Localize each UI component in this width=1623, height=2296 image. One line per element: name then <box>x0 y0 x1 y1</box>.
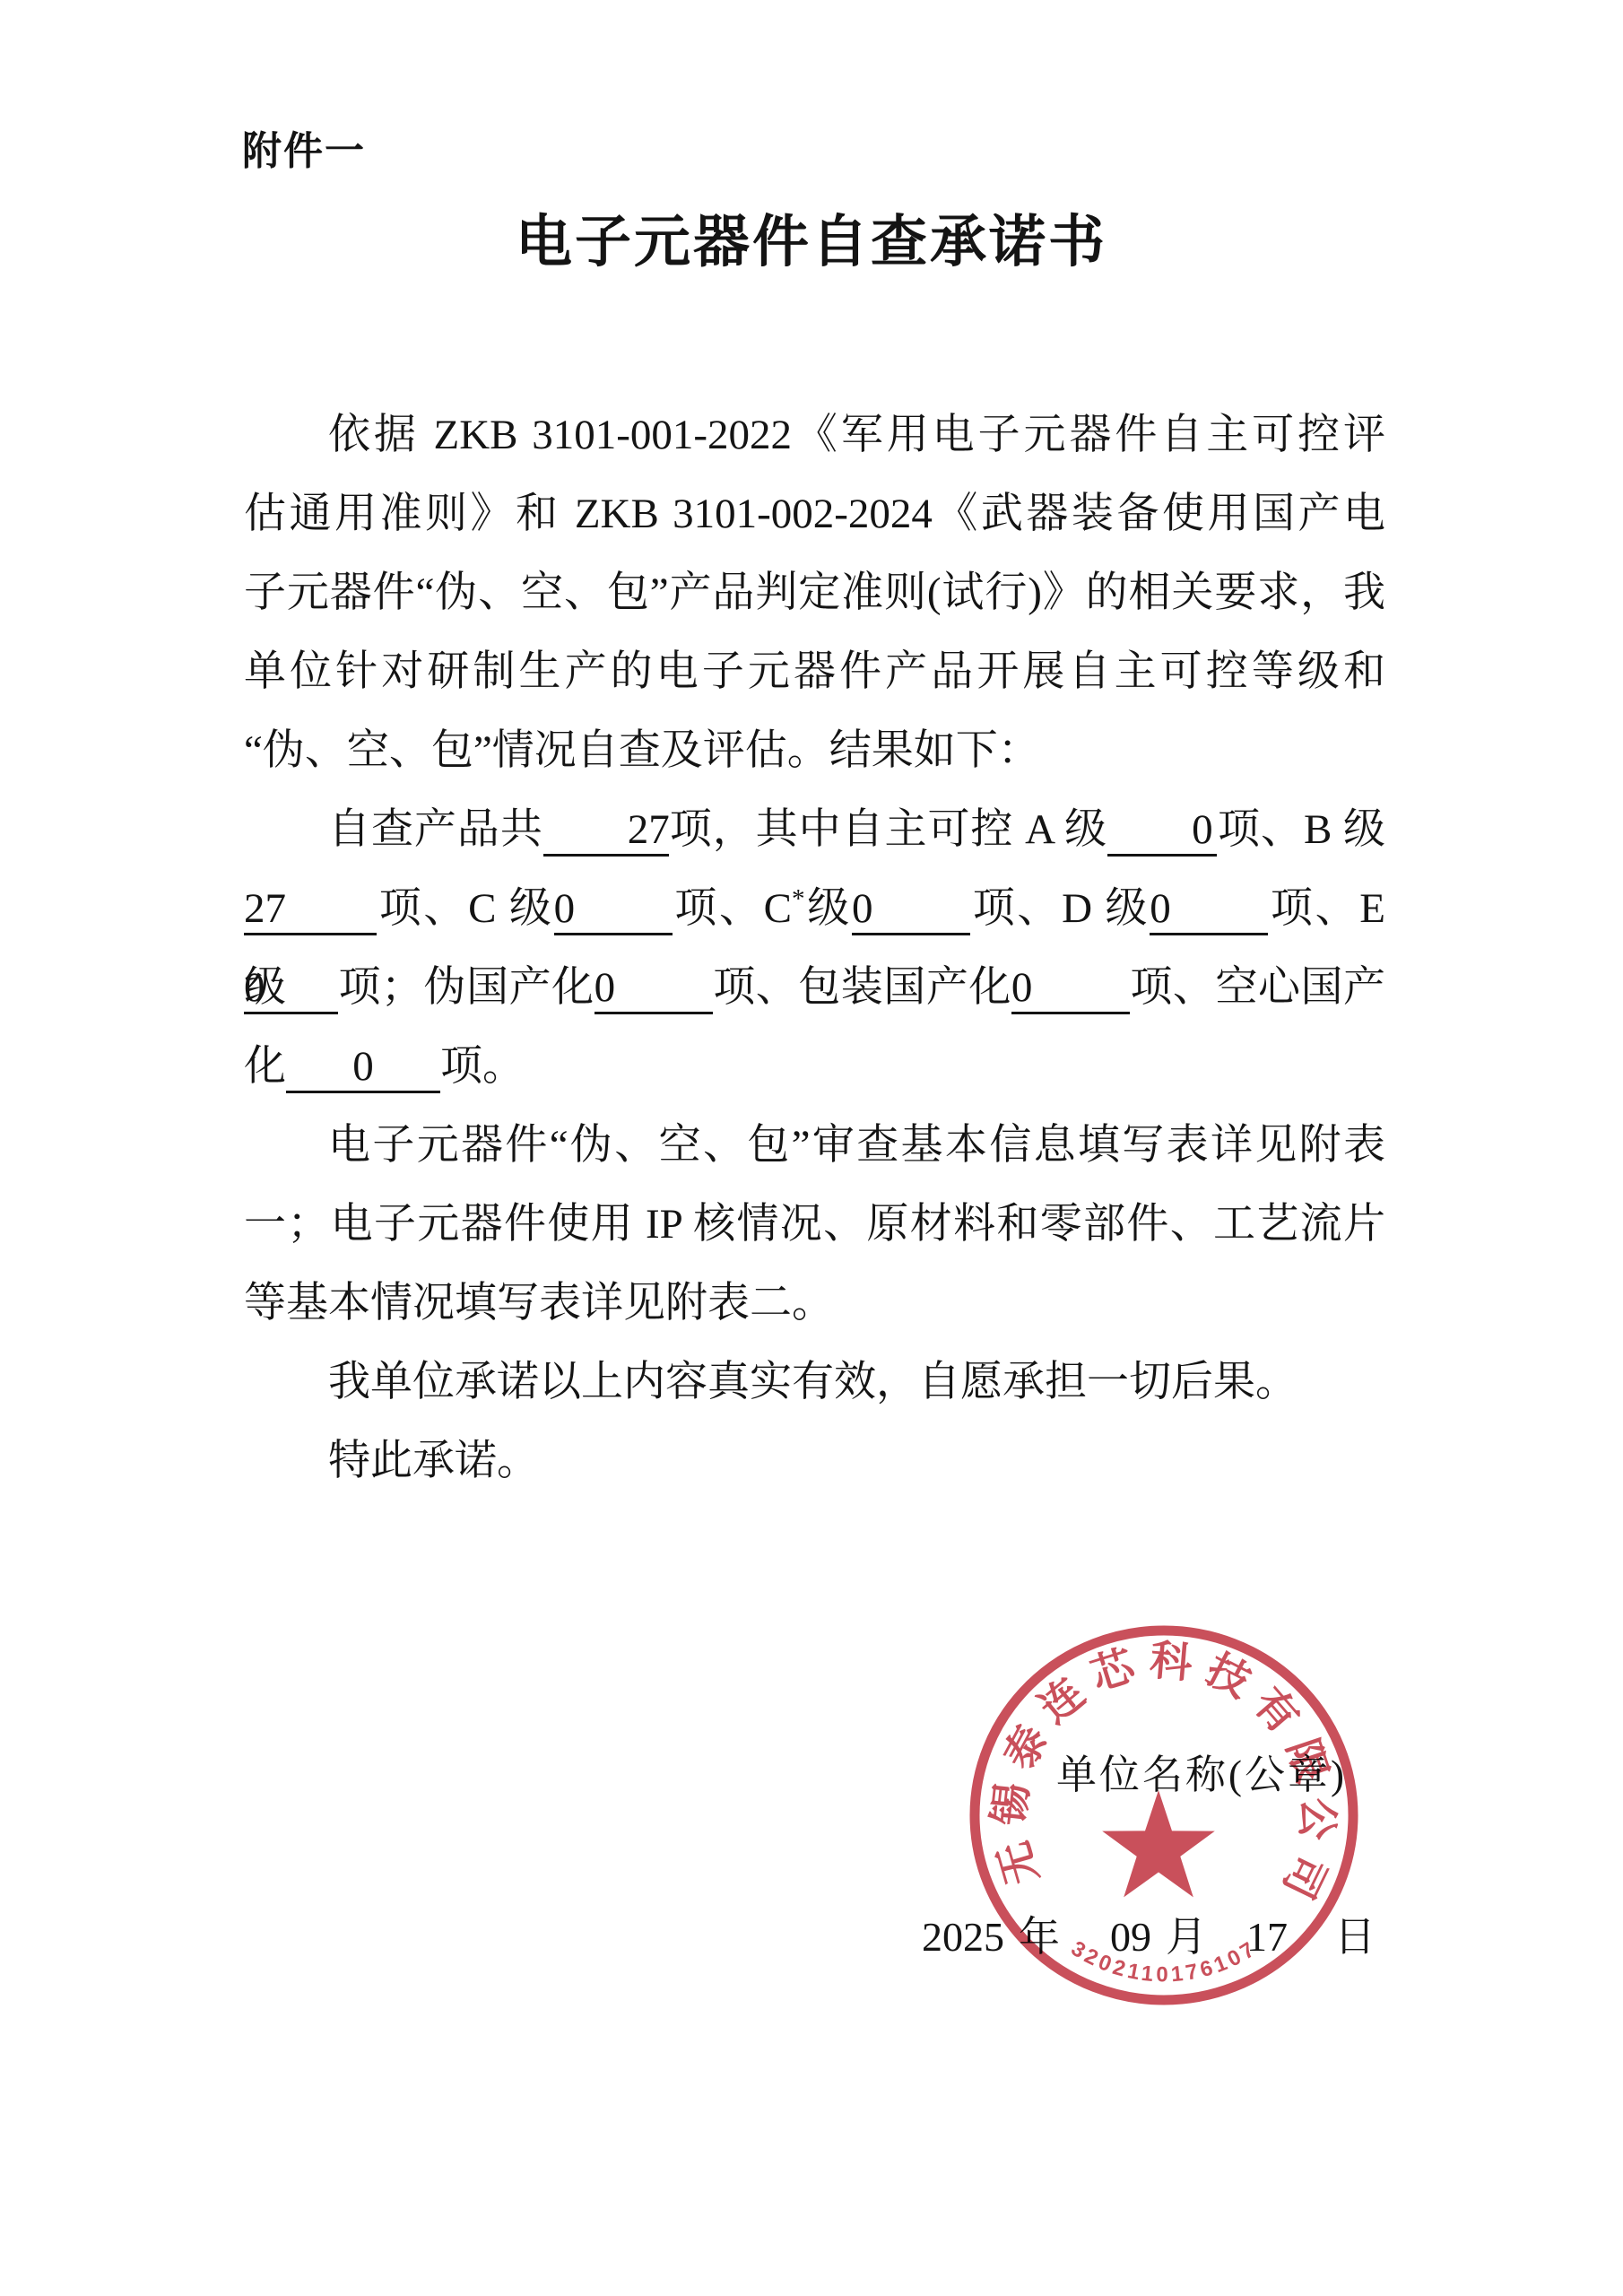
date-month: 09 <box>1110 1914 1151 1960</box>
stats-text: 项、C <box>673 885 792 932</box>
blank-field-grade-c-star: 0 <box>852 884 970 935</box>
body-line: 单位针对研制生产的电子元器件产品开展自主可控等级和 <box>244 632 1385 711</box>
document-body: 依据 ZKB 3101-001-2022《军用电子元器件自主可控评 估通用准则》… <box>244 396 1385 1500</box>
stats-text: 化 <box>244 1043 286 1090</box>
blank-field-grade-e: 0 <box>244 963 338 1014</box>
stats-text: 项、B 级 <box>1217 806 1385 853</box>
blank-field-grade-d: 0 <box>1150 884 1268 935</box>
stats-text: 自查产品共 <box>328 806 543 853</box>
asterisk-superscript: * <box>792 884 805 913</box>
body-line-stats: 化0项。 <box>244 1027 1385 1106</box>
body-line: 依据 ZKB 3101-001-2022《军用电子元器件自主可控评 <box>244 396 1385 474</box>
body-line: 估通用准则》和 ZKB 3101-002-2024《武器装备使用国产电 <box>244 474 1385 553</box>
body-line: 我单位承诺以上内容真实有效，自愿承担一切后果。 <box>244 1343 1385 1422</box>
blank-field-hollow-localized: 0 <box>286 1042 440 1093</box>
blank-field-fake-localized: 0 <box>595 963 713 1014</box>
body-line: 等基本情况填写表详见附表二。 <box>244 1264 1385 1343</box>
blank-field-grade-b: 27 <box>244 884 377 935</box>
date-year-unit: 年 <box>1019 1914 1060 1960</box>
body-line-stats: 0项；伪国产化0项、包装国产化0项、空心国产 <box>244 948 1385 1027</box>
stats-text: 级 <box>805 885 852 932</box>
blank-field-grade-c: 0 <box>554 884 673 935</box>
commitment-letter-page: 附件一 电子元器件自查承诺书 依据 ZKB 3101-001-2022《军用电子… <box>0 0 1623 2296</box>
body-line: “伪、空、包”情况自查及评估。结果如下： <box>244 711 1385 790</box>
stats-text: 项、D 级 <box>970 885 1150 932</box>
page-title: 电子元器件自查承诺书 <box>0 206 1623 278</box>
date-day-unit: 日 <box>1334 1914 1376 1960</box>
star-icon <box>1102 1790 1215 1897</box>
stats-text: 项；伪国产化 <box>338 964 595 1011</box>
body-line-stats: 27项、C 级0项、C*级0项、D 级0项、E 级 <box>244 869 1385 948</box>
blank-field-package-localized: 0 <box>1011 963 1130 1014</box>
date-year: 2025 <box>922 1914 1004 1960</box>
signature-date: 2025年09月17日 <box>922 1913 1376 1961</box>
attachment-label: 附件一 <box>242 127 366 176</box>
body-line: 一；电子元器件使用 IP 核情况、原材料和零部件、工艺流片 <box>244 1185 1385 1264</box>
stats-text: 项、包装国产化 <box>713 964 1011 1011</box>
body-line: 特此承诺。 <box>244 1422 1385 1500</box>
blank-field-grade-a: 0 <box>1107 805 1217 857</box>
body-line-stats: 自查产品共27项，其中自主可控 A 级0项、B 级 <box>244 790 1385 869</box>
stats-text: 项、空心国产 <box>1130 964 1385 1011</box>
date-day: 17 <box>1246 1914 1288 1960</box>
body-line: 子元器件“伪、空、包”产品判定准则(试行)》的相关要求，我 <box>244 553 1385 632</box>
unit-name-seal-label: 单位名称(公章) <box>1056 1751 1347 1799</box>
stats-text: 项、C 级 <box>377 885 554 932</box>
stats-text: 项。 <box>440 1043 525 1090</box>
body-line: 电子元器件“伪、空、包”审查基本信息填写表详见附表 <box>244 1106 1385 1185</box>
stats-text: 项，其中自主可控 A 级 <box>669 806 1107 853</box>
date-month-unit: 月 <box>1166 1914 1207 1960</box>
blank-field-total-count: 27 <box>543 805 669 857</box>
